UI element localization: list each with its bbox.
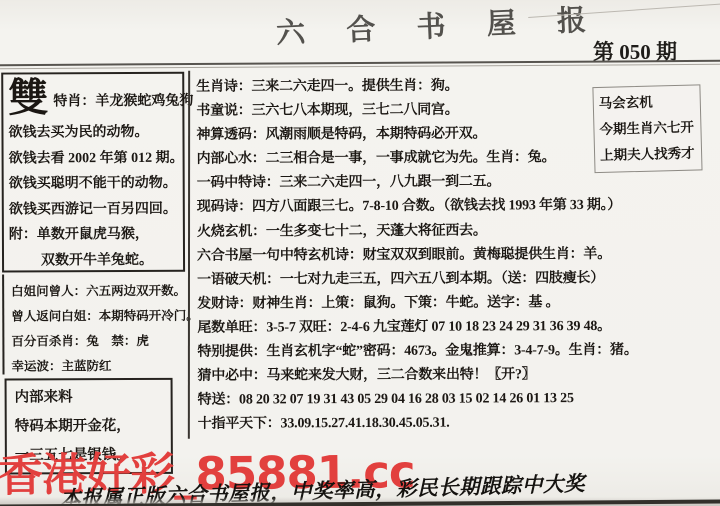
prediction-line: 火烧玄机：一生多变七十二，天蓬大将征西去。 xyxy=(197,218,720,244)
special-line: 欲钱买聪明不能干的动物。 xyxy=(9,171,178,197)
prediction-line: 一语破天机：一七对九走三五，四六五八到本期。（送：四肢瘦长） xyxy=(197,266,720,292)
prediction-line: 猜中必中：马来蛇来发大财，三二合数来出特！〖开?〗 xyxy=(197,363,720,389)
mystery-box-line: 马会玄机 xyxy=(598,89,695,117)
horse-club-mystery-box: 马会玄机 今期生肖六七开 上期夫人找秀才 xyxy=(592,84,702,173)
special-line: 欲钱去看 2002 年第 012 期。 xyxy=(9,145,178,171)
prediction-line: 特送：08 20 32 07 19 31 43 05 29 04 16 28 0… xyxy=(198,387,720,413)
tip-line: 曾人返问白姐：本期特码开冷门。 xyxy=(11,304,183,330)
special-zodiac-box: 雙特肖：羊龙猴蛇鸡兔狗 欲钱去买为民的动物。 欲钱去看 2002 年第 012 … xyxy=(1,72,185,273)
special-line: 附：单数开鼠虎马猴， xyxy=(9,222,178,248)
special-line: 欲钱去买为民的动物。 xyxy=(8,120,177,146)
mystery-box-line: 今期生肖六七开 xyxy=(599,115,696,143)
special-line: 欲钱买西游记一百另四回。 xyxy=(9,196,178,222)
prediction-line: 尾数单旺：3-5-7 双旺：2-4-6 九宝莲灯 07 10 18 23 24 … xyxy=(197,314,720,340)
column-divider xyxy=(188,71,190,439)
prediction-line: 十指平天下：33.09.15.27.41.18.30.45.05.31. xyxy=(198,411,720,437)
prediction-line: 特别提供：生肖玄机字“蛇”密码：4673。金鬼推算：3-4-7-9。生肖：猪。 xyxy=(197,338,720,364)
double-character: 雙 xyxy=(8,75,48,120)
tip-line: 百分百杀肖：兔 禁：虎 xyxy=(11,329,183,355)
prediction-line: 一码中特诗：三来二六走四一，八九跟一到二五。 xyxy=(197,170,720,196)
prediction-line: 发财诗：财神生肖：上策：鼠狗。下策：牛蛇。送字：基 。 xyxy=(197,290,720,316)
scanned-newspaper-page: 六 合 书 屋 报 第 050 期 雙特肖：羊龙猴蛇鸡兔狗 欲钱去买为民的动物。… xyxy=(0,0,720,506)
tips-section: 白姐问曾人：六五两边双开数。 曾人返问白姐：本期特码开冷门。 百分百杀肖：兔 禁… xyxy=(2,274,185,375)
content-area: 雙特肖：羊龙猴蛇鸡兔狗 欲钱去买为民的动物。 欲钱去看 2002 年第 012 … xyxy=(0,0,720,506)
special-first-line: 特肖：羊龙猴蛇鸡兔狗 xyxy=(53,94,193,110)
prediction-line: 六合书屋一句中特玄机诗：财宝双双到眼前。黄梅聪提供生肖：羊。 xyxy=(197,242,720,268)
mystery-box-line: 上期夫人找秀才 xyxy=(600,141,697,169)
internal-info-title: 内部来料 xyxy=(15,383,163,413)
prediction-line: 现码诗：四方八面跟三七。7-8-10 合数。（欲钱去找 1993 年第 33 期… xyxy=(197,194,720,220)
tip-line: 幸运波：主蓝防红 xyxy=(11,354,183,380)
tip-line: 白姐问曾人：六五两边双开数。 xyxy=(11,279,183,305)
special-first-row: 雙特肖：羊龙猴蛇鸡兔狗 xyxy=(8,76,177,121)
special-line: 双数开牛羊兔蛇。 xyxy=(9,247,178,273)
